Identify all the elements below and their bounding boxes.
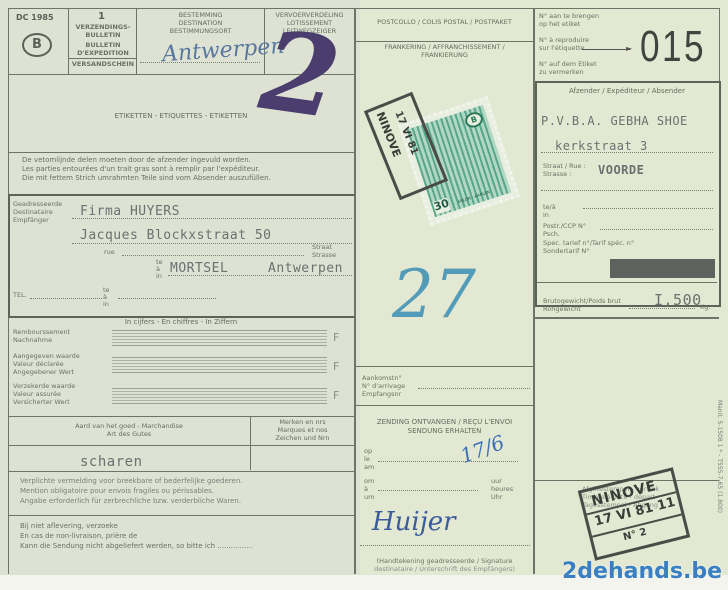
recipient-signature: Huijer: [372, 508, 456, 538]
bulletin-number: 1: [98, 11, 105, 23]
declared-label-de: Angegebener Wert: [13, 369, 74, 376]
dotted-line: [418, 388, 530, 389]
dotted-line: [118, 298, 216, 299]
divider: [8, 515, 354, 516]
postcollo-label: POSTCOLLO / COLIS POSTAL / POSTPAKET: [356, 19, 533, 26]
declared-value-field[interactable]: [112, 357, 327, 373]
weight-label-2: Rohgewicht: [543, 306, 581, 313]
signature-caption-2: destinataire / Unterschrift des Empfänge…: [356, 566, 533, 573]
sender-place-label-2: in: [543, 212, 549, 219]
divider: [354, 8, 356, 574]
bulletin-label-4: D'EXPEDITION: [70, 50, 136, 57]
cod-currency: F: [333, 332, 339, 345]
watermark-text: 2dehands.be: [562, 559, 722, 584]
destination-label-de: BESTIMMUNGSORT: [137, 28, 264, 35]
bulletin-label-2: BULLETIN: [70, 32, 136, 39]
fragile-notice-de: Angabe erforderlich für zerbrechliche bz…: [20, 497, 241, 505]
recipient-box: [8, 194, 354, 318]
frame-top: [8, 8, 720, 9]
postal-account-label-2: Psch.: [543, 231, 560, 238]
divider: [535, 317, 719, 319]
frankering-label-2: FRANKIERUNG: [356, 52, 533, 59]
sender-city[interactable]: VOORDE: [598, 164, 644, 178]
labels-section-title: ETIKETTEN - ETIQUETTES - ETIKETTEN: [8, 112, 354, 120]
dotted-line: [600, 229, 713, 230]
label-number-text-4: sur l'étiquette: [539, 45, 585, 52]
insured-value-field[interactable]: [112, 388, 327, 404]
handwritten-charge: 27: [392, 262, 476, 328]
arrival-label-de: Empfangsnr: [362, 391, 401, 398]
cod-amount-field[interactable]: [112, 330, 327, 346]
received-date-label-de: am: [364, 464, 374, 471]
arrow-head-icon: ►: [626, 44, 632, 53]
tariff-label-2: Sondertarif N°: [543, 248, 590, 255]
weight-unit: Kg.: [700, 304, 710, 311]
recipient-city[interactable]: MORTSEL: [170, 262, 228, 277]
marks-label-de: Zeichen und Nrn: [251, 435, 354, 442]
dotted-line: [140, 62, 260, 63]
dotted-line: [378, 490, 478, 491]
received-title-1: ZENDING ONTVANGEN / REÇU L'ENVOI: [356, 418, 533, 426]
time-unit-de: Uhr: [491, 494, 503, 501]
received-time-label-de: um: [364, 494, 374, 501]
sncb-logo: B: [22, 33, 52, 57]
instruction-nl: De vetomlijnde delen moeten door de afze…: [22, 156, 251, 164]
dotted-line: [378, 461, 518, 462]
recipient-label-de: Empfänger: [13, 217, 49, 224]
dotted-line: [360, 545, 530, 546]
watermark-logo: 2dehands.be: [562, 559, 722, 584]
goods-label-2: Art des Gutes: [8, 431, 250, 438]
dotted-line: [30, 298, 102, 299]
divider: [8, 471, 354, 472]
tel-place-label-de: in: [103, 301, 109, 308]
instruction-fr: Les parties entourées d'un trait gras so…: [22, 165, 260, 173]
label-number: 015: [640, 22, 706, 73]
form-code: DC 1985: [16, 13, 54, 22]
label-number-text-6: zu vermerken: [539, 69, 584, 76]
insured-label-de: Versicherter Wert: [13, 399, 70, 406]
dotted-line: [122, 255, 304, 256]
city-label-de: in: [156, 273, 162, 280]
declared-currency: F: [333, 361, 339, 374]
goods-value[interactable]: scharen: [80, 454, 143, 470]
non-delivery-nl: Bij niet aflevering, verzoeke: [20, 522, 118, 530]
insured-currency: F: [333, 390, 339, 403]
sender-street[interactable]: kerkstraat 3: [555, 140, 648, 154]
divider: [68, 8, 69, 74]
recipient-street[interactable]: Jacques Blockxstraat 50: [80, 229, 272, 244]
bulletin-label-5: VERSANDSCHEIN: [70, 61, 136, 68]
label-number-text-2: op het etiket: [539, 21, 580, 28]
dotted-line: [583, 208, 713, 209]
fragile-notice-nl: Verplichte vermelding voor breekbare of …: [20, 477, 243, 485]
sender-street-label-2: Strasse :: [543, 171, 571, 178]
values-title: In cijfers - En chiffres - In Ziffern: [8, 318, 354, 326]
sender-title: Afzender / Expéditeur / Absender: [537, 87, 717, 95]
sender-name[interactable]: P.V.B.A. GEBHA SHOE: [541, 115, 688, 129]
tel-label: TEL.: [13, 292, 27, 299]
divider: [69, 58, 136, 59]
received-title-2: SENDUNG ERHALTEN: [356, 427, 533, 435]
recipient-region[interactable]: Antwerpen: [268, 262, 343, 277]
fragile-notice-fr: Mention obligatoire pour envois fragiles…: [20, 487, 214, 495]
weight-value[interactable]: I,500: [654, 292, 702, 309]
arrow-icon: [582, 49, 630, 50]
side-print: Manit. 5-1508 1 * - T555-7-65 (1.800): [715, 400, 722, 513]
street-label-fr: rue: [104, 249, 115, 256]
non-delivery-de: Kann die Sendung nicht abgeliefert werde…: [20, 542, 253, 550]
recipient-name[interactable]: Firma HUYERS: [80, 205, 180, 220]
street-label-de: Strasse: [312, 252, 336, 259]
logo-letter: B: [32, 37, 42, 52]
divider: [8, 445, 354, 446]
dotted-line: [541, 190, 713, 191]
tariff-redaction: [610, 259, 715, 278]
cod-label-de: Nachnahme: [13, 337, 52, 344]
divider: [356, 405, 533, 406]
divider: [356, 41, 533, 42]
non-delivery-fr: En cas de non-livraison, prière de: [20, 532, 137, 540]
instruction-de: Die mit fettem Strich umrahmten Teile si…: [22, 174, 271, 182]
divider: [8, 416, 354, 417]
divider: [537, 282, 717, 283]
divider: [8, 152, 354, 153]
divider: [356, 366, 533, 367]
